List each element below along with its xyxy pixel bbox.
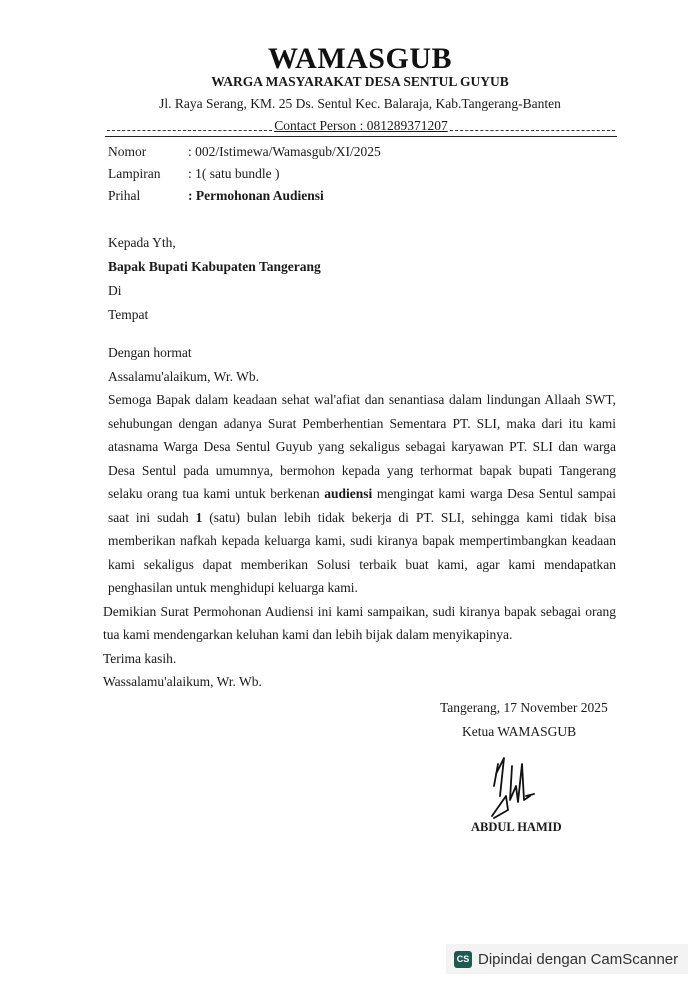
org-name: WAMASGUB: [100, 42, 620, 76]
org-address: Jl. Raya Serang, KM. 25 Ds. Sentul Kec. …: [100, 96, 620, 112]
meta-value: : 002/Istimewa/Wamasgub/XI/2025: [188, 144, 381, 160]
salam: Assalamu'alaikum, Wr. Wb.: [108, 365, 616, 389]
contact-person: Contact Person : 081289371207: [274, 118, 448, 134]
meta-row-lampiran: Lampiran : 1( satu bundle ): [108, 163, 381, 185]
meta-value: : Permohonan Audiensi: [188, 188, 324, 204]
meta-label: Prihal: [108, 188, 188, 204]
signer-role: Ketua WAMASGUB: [462, 724, 576, 740]
letter-meta: Nomor : 002/Istimewa/Wamasgub/XI/2025 La…: [108, 141, 381, 207]
watermark-text: Dipindai dengan CamScanner: [478, 951, 678, 968]
closing-salam: Wassalamu'alaikum, Wr. Wb.: [103, 670, 616, 694]
contact-line: Contact Person : 081289371207: [105, 118, 617, 134]
recipient-place: Tempat: [108, 303, 321, 327]
camscanner-icon: CS: [454, 951, 472, 968]
dashed-rule-left: [107, 122, 272, 131]
paragraph-main: Semoga Bapak dalam keadaan sehat wal'afi…: [108, 388, 616, 600]
paragraph-closing: Demikian Surat Permohonan Audiensi ini k…: [103, 600, 616, 647]
meta-row-prihal: Prihal : Permohonan Audiensi: [108, 185, 381, 207]
para-emphasis: audiensi: [324, 486, 372, 501]
letter-body: Dengan hormat Assalamu'alaikum, Wr. Wb. …: [108, 341, 616, 694]
meta-label: Nomor: [108, 144, 188, 160]
thanks: Terima kasih.: [103, 647, 616, 671]
recipient-block: Kepada Yth, Bapak Bupati Kabupaten Tange…: [108, 231, 321, 327]
meta-label: Lampiran: [108, 166, 188, 182]
recipient-greeting: Kepada Yth,: [108, 231, 321, 255]
place-date: Tangerang, 17 November 2025: [440, 700, 608, 716]
para-text: Semoga Bapak dalam keadaan sehat wal'afi…: [108, 392, 616, 501]
divider: [105, 136, 617, 137]
opening: Dengan hormat: [108, 341, 616, 365]
meta-value: : 1( satu bundle ): [188, 166, 279, 182]
letter-page: WAMASGUB WARGA MASYARAKAT DESA SENTUL GU…: [0, 0, 688, 981]
recipient-name: Bapak Bupati Kabupaten Tangerang: [108, 255, 321, 279]
camscanner-watermark: CS Dipindai dengan CamScanner: [446, 944, 688, 974]
signer-name: ABDUL HAMID: [471, 820, 562, 835]
org-full-name: WARGA MASYARAKAT DESA SENTUL GUYUB: [100, 74, 620, 90]
dashed-rule-right: [450, 122, 615, 131]
signature-icon: [484, 756, 554, 822]
recipient-di: Di: [108, 279, 321, 303]
meta-row-nomor: Nomor : 002/Istimewa/Wamasgub/XI/2025: [108, 141, 381, 163]
